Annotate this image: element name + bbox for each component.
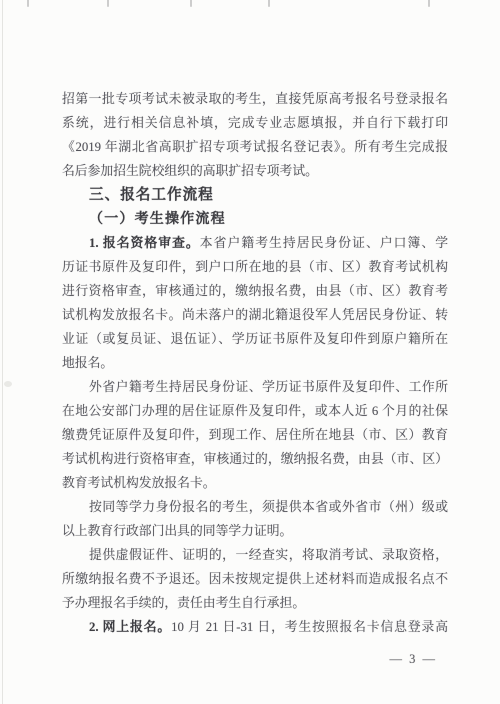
text-segment: 考试机构进行资格审查，审核通过的，缴纳报名费，由县（市、区）: [62, 452, 448, 466]
text-segment: 招第一批专项考试未被录取的考生，直接凭原高考报名号登录报名: [62, 92, 448, 106]
document-page: 招第一批专项考试未被录取的考生，直接凭原高考报名号登录报名系统，进行相关信息补填…: [0, 0, 500, 704]
page-number: — 3 —: [390, 652, 438, 667]
text-line: 缴费凭证原件及复印件，到现工作、居住所在地县（市、区）教育: [62, 427, 448, 445]
text-segment: 外省户籍考生持居民身份证、学历证书原件及复印件、工作所: [89, 380, 448, 394]
text-segment: （一）考生操作流程: [89, 212, 226, 227]
text-line: 地报名。: [62, 355, 448, 373]
text-segment: 三、报名工作流程: [89, 187, 214, 203]
text-line: 名后参加招生院校组织的高职扩招专项考试。: [62, 163, 448, 181]
text-segment: 在地公安部门办理的居住证原件及复印件，或本人近 6 个月的社保: [62, 404, 448, 418]
text-segment: 《2019 年湖北省高职扩招专项考试报名登记表》。所有考生完成报: [62, 140, 448, 154]
text-line: 教育考试机构发放报名卡。: [62, 475, 448, 493]
text-line: 所缴纳报名费不予退还。因未按规定提供上述材料而造成报名点不: [62, 571, 448, 589]
text-segment: 以上教育行政部门出具的同等学力证明。: [62, 524, 292, 538]
page-text: 招第一批专项考试未被录取的考生，直接凭原高考报名号登录报名系统，进行相关信息补填…: [0, 0, 500, 704]
text-line: 考试机构进行资格审查，审核通过的，缴纳报名费，由县（市、区）: [62, 451, 448, 469]
text-segment: 教育考试机构发放报名卡。: [62, 476, 216, 490]
text-segment: 名后参加招生院校组织的高职扩招专项考试。: [62, 164, 318, 178]
text-line: 2. 网上报名。10 月 21 日-31 日，考生按照报名卡信息登录高: [62, 619, 448, 637]
text-segment: 10 月 21 日-31 日，考生按照报名卡信息登录高: [171, 620, 448, 634]
text-line: 三、报名工作流程: [62, 187, 448, 205]
text-line: 按同等学力身份报名的考生，须提供本省或外省市（州）级或: [62, 499, 448, 517]
text-segment: 1. 报名资格审查。: [89, 236, 200, 250]
text-line: 提供虚假证件、证明的，一经查实，将取消考试、录取资格，: [62, 547, 448, 565]
text-line: 《2019 年湖北省高职扩招专项考试报名登记表》。所有考生完成报: [62, 139, 448, 157]
text-segment: 提供虚假证件、证明的，一经查实，将取消考试、录取资格，: [89, 548, 448, 562]
text-segment: 历证书原件及复印件，到户口所在地的县（市、区）教育考试机构: [62, 260, 448, 274]
text-line: 予办理报名手续的，责任由考生自行承担。: [62, 595, 448, 613]
text-segment: 2. 网上报名。: [89, 620, 171, 634]
text-line: 外省户籍考生持居民身份证、学历证书原件及复印件、工作所: [62, 379, 448, 397]
text-line: 1. 报名资格审查。本省户籍考生持居民身份证、户口簿、学: [62, 235, 448, 253]
text-line: 在地公安部门办理的居住证原件及复印件，或本人近 6 个月的社保: [62, 403, 448, 421]
text-segment: 进行资格审查，审核通过的，缴纳报名费，由县（市、区）教育考: [62, 284, 448, 298]
text-segment: 地报名。: [62, 356, 113, 370]
text-segment: 系统，进行相关信息补填，完成专业志愿填报，并自行下载打印: [62, 116, 448, 130]
text-segment: 试机构发放报名卡。尚未落户的湖北籍退役军人凭居民身份证、转: [62, 308, 448, 322]
text-line: 系统，进行相关信息补填，完成专业志愿填报，并自行下载打印: [62, 115, 448, 133]
text-segment: 业证（或复员证、退伍证）、学历证书原件及复印件到原户籍所在: [62, 332, 448, 346]
text-line: 进行资格审查，审核通过的，缴纳报名费，由县（市、区）教育考: [62, 283, 448, 301]
text-line: 招第一批专项考试未被录取的考生，直接凭原高考报名号登录报名: [62, 91, 448, 109]
text-line: （一）考生操作流程: [62, 211, 448, 229]
text-segment: 按同等学力身份报名的考生，须提供本省或外省市（州）级或: [89, 500, 448, 514]
text-segment: 缴费凭证原件及复印件，到现工作、居住所在地县（市、区）教育: [62, 428, 448, 442]
text-segment: 本省户籍考生持居民身份证、户口簿、学: [200, 236, 448, 250]
text-line: 业证（或复员证、退伍证）、学历证书原件及复印件到原户籍所在: [62, 331, 448, 349]
text-line: 试机构发放报名卡。尚未落户的湖北籍退役军人凭居民身份证、转: [62, 307, 448, 325]
text-segment: 予办理报名手续的，责任由考生自行承担。: [62, 596, 305, 610]
text-line: 历证书原件及复印件，到户口所在地的县（市、区）教育考试机构: [62, 259, 448, 277]
text-line: 以上教育行政部门出具的同等学力证明。: [62, 523, 448, 541]
text-segment: 所缴纳报名费不予退还。因未按规定提供上述材料而造成报名点不: [62, 572, 448, 586]
